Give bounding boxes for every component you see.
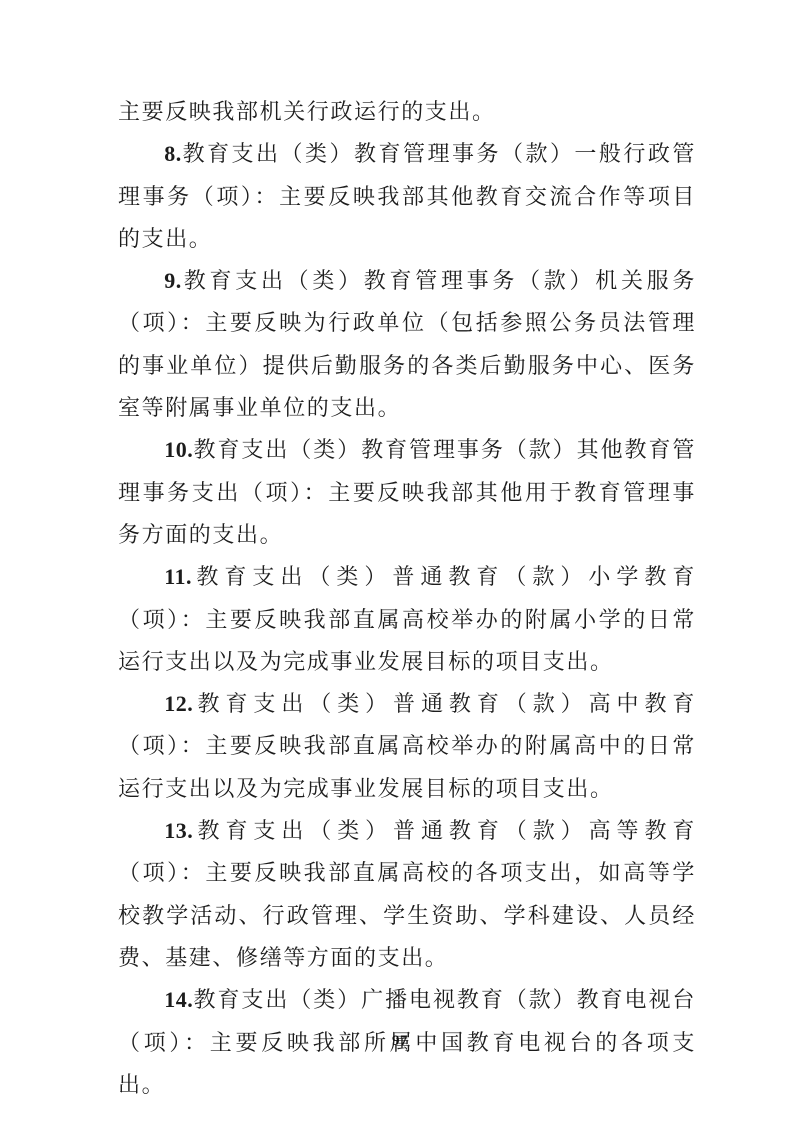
page-body-text: 主要反映我部机关行政运行的支出。 8.教育支出（类）教育管理事务（款）一般行政管… [118, 91, 696, 1106]
paragraph-text: 教育支出（类）普通教育（款）小学教育（项）：主要反映我部直属高校举办的附属小学的… [118, 564, 696, 674]
paragraph-number: 11. [164, 564, 192, 589]
paragraph-text: 教育支出（类）教育管理事务（款）机关服务（项）：主要反映为行政单位（包括参照公务… [118, 268, 696, 420]
paragraph-number: 13. [164, 818, 193, 843]
paragraph-text: 主要反映我部机关行政运行的支出。 [118, 99, 496, 124]
paragraph-text: 教育支出（类）教育管理事务（款）一般行政管理事务（项）：主要反映我部其他教育交流… [118, 141, 696, 251]
paragraph: 8.教育支出（类）教育管理事务（款）一般行政管理事务（项）：主要反映我部其他教育… [118, 133, 696, 260]
paragraph-number: 10. [164, 437, 193, 462]
document-page: 主要反映我部机关行政运行的支出。 8.教育支出（类）教育管理事务（款）一般行政管… [0, 0, 800, 1131]
paragraph-text: 教育支出（类）普通教育（款）高中教育（项）：主要反映我部直属高校举办的附属高中的… [118, 691, 696, 801]
paragraph: 10.教育支出（类）教育管理事务（款）其他教育管理事务支出（项）：主要反映我部其… [118, 429, 696, 556]
paragraph-number: 14. [164, 987, 193, 1012]
page-footer: 97 [0, 1032, 800, 1050]
paragraph-text: 教育支出（类）教育管理事务（款）其他教育管理事务支出（项）：主要反映我部其他用于… [118, 437, 696, 547]
paragraph: 11.教育支出（类）普通教育（款）小学教育（项）：主要反映我部直属高校举办的附属… [118, 556, 696, 683]
paragraph: 13.教育支出（类）普通教育（款）高等教育（项）：主要反映我部直属高校的各项支出… [118, 810, 696, 979]
paragraph: 9.教育支出（类）教育管理事务（款）机关服务（项）：主要反映为行政单位（包括参照… [118, 260, 696, 429]
paragraph-number: 9. [164, 268, 182, 293]
paragraph-number: 8. [164, 141, 182, 166]
page-number: 97 [392, 1033, 408, 1049]
paragraph-number: 12. [164, 691, 193, 716]
paragraph: 主要反映我部机关行政运行的支出。 [118, 91, 696, 133]
paragraph: 12.教育支出（类）普通教育（款）高中教育（项）：主要反映我部直属高校举办的附属… [118, 683, 696, 810]
paragraph-text: 教育支出（类）普通教育（款）高等教育（项）：主要反映我部直属高校的各项支出，如高… [118, 818, 696, 970]
